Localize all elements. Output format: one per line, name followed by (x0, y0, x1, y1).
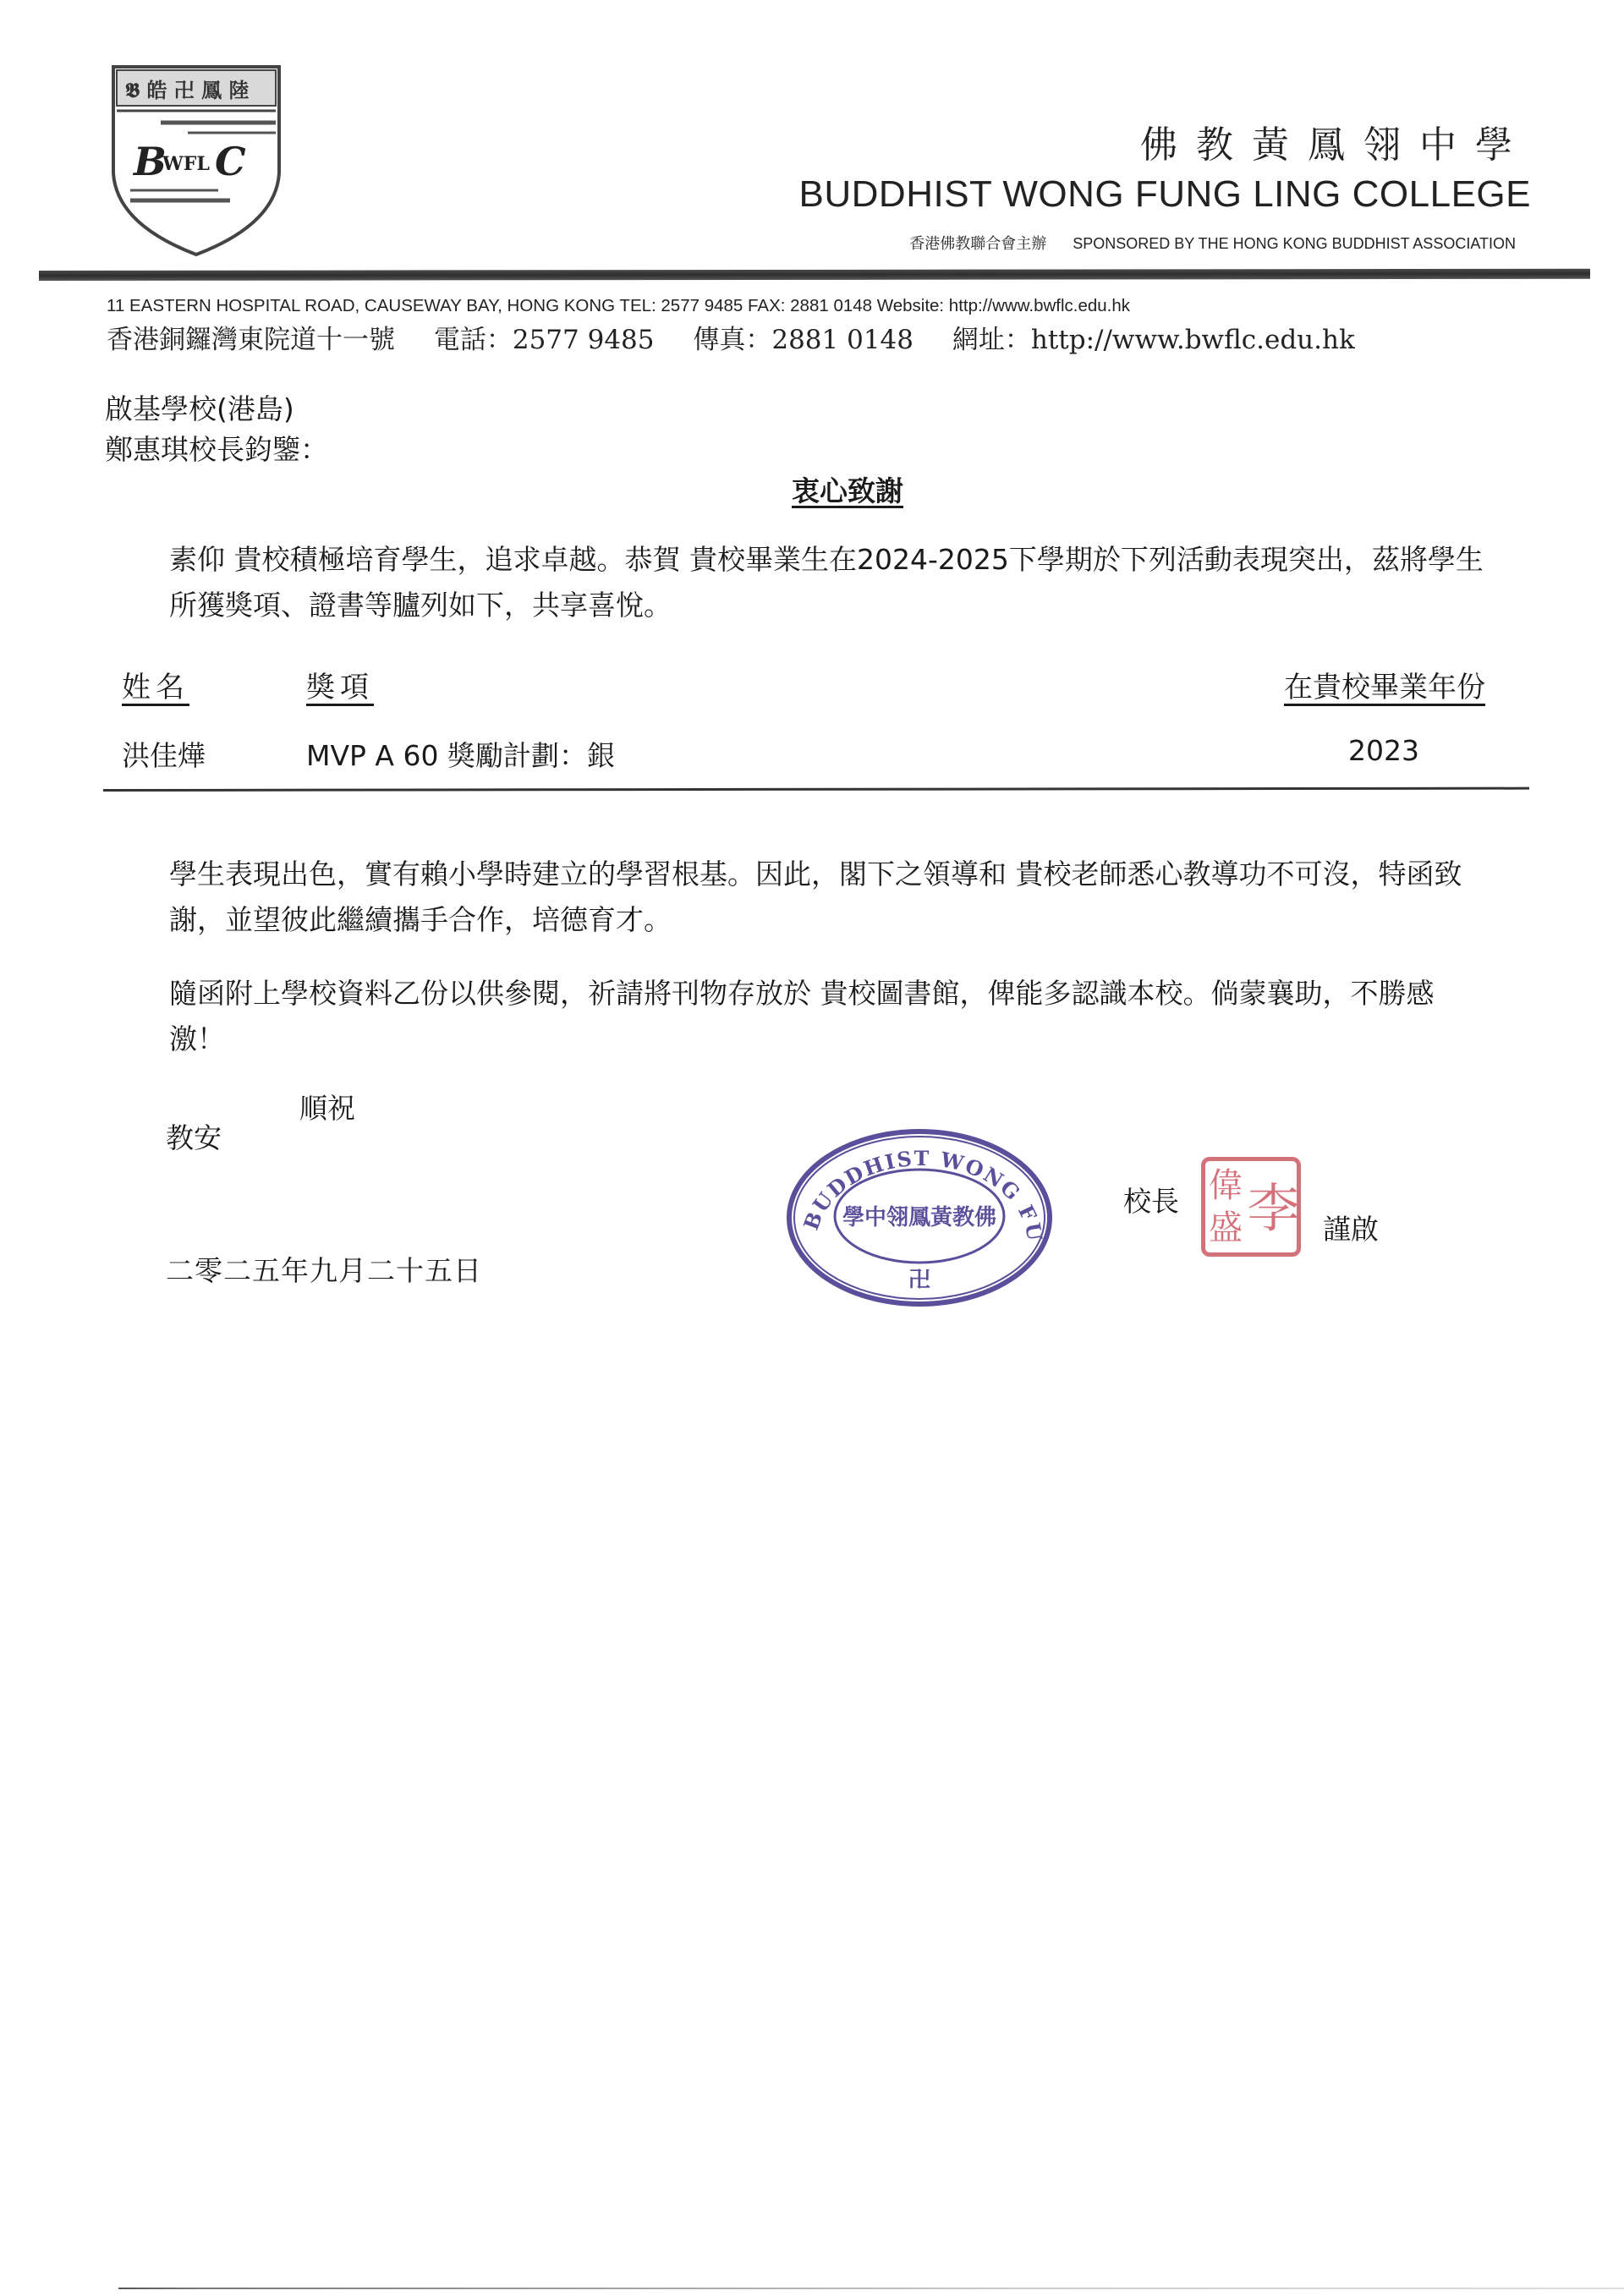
recipient-principal: 鄭惠琪校長鈞鑒： (105, 430, 328, 470)
seal-char: 李 (1243, 1164, 1295, 1249)
address-zh-fax: 傳真：2881 0148 (693, 325, 913, 355)
school-name-zh: 佛教黃鳳翎中學 (1140, 114, 1531, 168)
paragraph-intro: 素仰 貴校積極培育學生，追求卓越。恭賀 貴校畢業生在2024-2025下學期於下… (169, 537, 1489, 628)
school-name-en: BUDDHIST WONG FUNG LING COLLEGE (799, 173, 1531, 216)
svg-text:𝕭 皓 卍 鳳 陸: 𝕭 皓 卍 鳳 陸 (125, 78, 250, 102)
address-zh-web: 網址：http://www.bwflc.edu.hk (952, 325, 1355, 355)
sponsor-line: 香港佛教聯合會主辦 SPONSORED BY THE HONG KONG BUD… (909, 232, 1516, 254)
header-divider (39, 269, 1590, 281)
table-header-graduation-year: 在貴校畢業年份 (1284, 664, 1485, 705)
student-award: MVP A 60 獎勵計劃：銀 (306, 734, 615, 774)
sponsor-en: SPONSORED BY THE HONG KONG BUDDHIST ASSO… (1073, 235, 1516, 252)
student-name: 洪佳燁 (122, 734, 206, 774)
svg-text:B: B (132, 139, 167, 184)
address-zh-tel: 電話：2577 9485 (434, 325, 655, 355)
student-graduation-year: 2023 (1348, 734, 1419, 767)
sign-off: 謹啟 (1323, 1208, 1379, 1247)
svg-text:學中翎鳳黃教佛: 學中翎鳳黃教佛 (842, 1205, 996, 1230)
svg-text:卍: 卍 (908, 1268, 930, 1293)
letter-date: 二零二五年九月二十五日 (166, 1249, 482, 1289)
closing-wish: 教安 (166, 1116, 222, 1156)
principal-label: 校長 (1123, 1180, 1179, 1219)
paragraph-thanks: 學生表現出色，實有賴小學時建立的學習根基。因此，閣下之領導和 貴校老師悉心教導功… (169, 852, 1489, 943)
principal-seal-icon: 偉 盛 李 (1201, 1157, 1301, 1257)
seal-char: 盛 (1209, 1207, 1243, 1249)
recipient-school: 啟基學校(港島) (105, 389, 328, 430)
address-en: 11 EASTERN HOSPITAL ROAD, CAUSEWAY BAY, … (107, 296, 1130, 316)
svg-text:WFL: WFL (162, 153, 210, 175)
address-zh-street: 香港銅鑼灣東院道十一號 (107, 325, 395, 355)
school-stamp-icon: BUDDHIST WONG FUNG LING COLLEGE 學中翎鳳黃教佛 … (782, 1125, 1057, 1311)
svg-text:C: C (215, 139, 246, 184)
sponsor-zh: 香港佛教聯合會主辦 (909, 235, 1046, 252)
seal-char: 偉 (1209, 1164, 1243, 1207)
table-divider (103, 787, 1529, 792)
recipient-block: 啟基學校(港島) 鄭惠琪校長鈞鑒： (105, 389, 328, 470)
scan-edge-line (118, 2288, 1624, 2289)
paragraph-attachment: 隨函附上學校資料乙份以供參閱，祈請將刊物存放於 貴校圖書館，俾能多認識本校。倘蒙… (169, 971, 1489, 1062)
letter-subject: 衷心致謝 (792, 469, 903, 509)
table-header-award: 獎項 (306, 664, 374, 705)
closing-salutation: 順祝 (299, 1087, 355, 1126)
school-crest-icon: 𝕭 皓 卍 鳳 陸 B WFL C (110, 63, 283, 258)
table-header-name: 姓名 (122, 664, 189, 705)
address-zh: 香港銅鑼灣東院道十一號 電話：2577 9485 傳真：2881 0148 網址… (107, 318, 1385, 356)
